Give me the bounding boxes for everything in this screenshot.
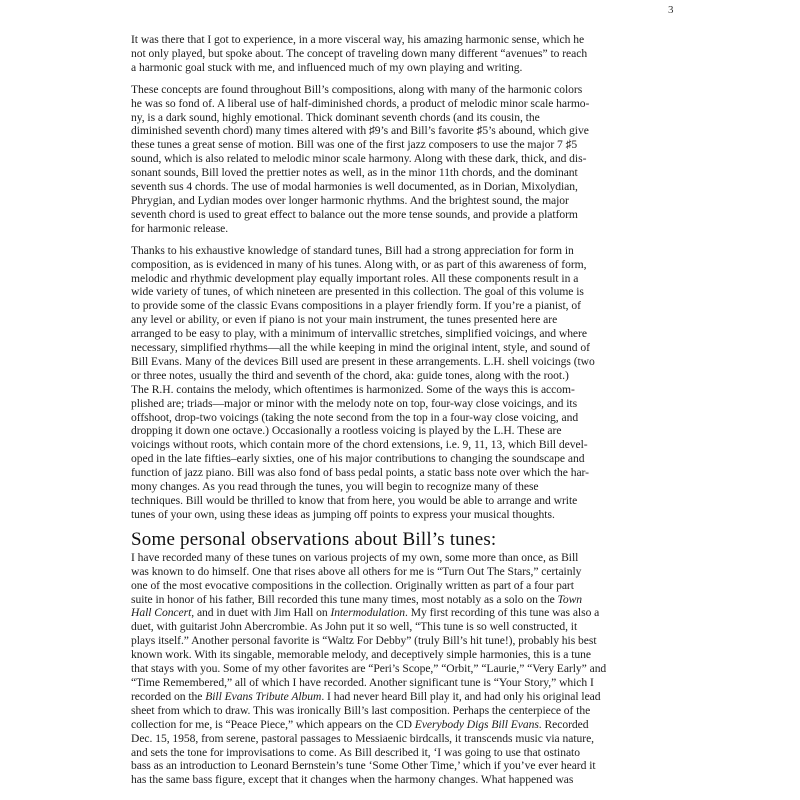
text-line: sonant sounds, Bill loved the prettier n…: [131, 166, 653, 180]
text-line: techniques. Bill would be thrilled to kn…: [131, 494, 653, 508]
text-line: “Time Remembered,” all of which I have r…: [131, 676, 653, 690]
text-line: diminished seventh chord) many times alt…: [131, 124, 653, 138]
text-line: wide variety of tunes, of which nineteen…: [131, 285, 653, 299]
text-line: mony changes. As you read through the tu…: [131, 480, 653, 494]
text-line: oped in the late fifties–early sixties, …: [131, 452, 653, 466]
text-line: offshoot, drop-two voicings (taking the …: [131, 411, 653, 425]
text-line: collection for me, is “Peace Piece,” whi…: [131, 718, 653, 732]
text-line: voicings without roots, which contain mo…: [131, 438, 653, 452]
text-line: Hall Concert, and in duet with Jim Hall …: [131, 606, 653, 620]
paragraph-2: These concepts are found throughout Bill…: [131, 83, 653, 236]
text-line: these tunes a great sense of motion. Bil…: [131, 138, 653, 152]
text-line: sheet from which to draw. This was ironi…: [131, 704, 653, 718]
italic-title: Hall Concert: [131, 606, 191, 619]
paragraph-1: It was there that I got to experience, i…: [131, 33, 653, 75]
text-line: sound, which is also related to melodic …: [131, 152, 653, 166]
text-line: that stays with you. Some of my other fa…: [131, 662, 653, 676]
text-line: not only played, but spoke about. The co…: [131, 47, 653, 61]
text-line: known work. With its singable, memorable…: [131, 648, 653, 662]
text-line: It was there that I got to experience, i…: [131, 33, 653, 47]
text-line: seventh chord is used to great effect to…: [131, 208, 653, 222]
text-line: or three notes, usually the third and se…: [131, 369, 653, 383]
italic-title: Everybody Digs Bill Evans: [415, 718, 539, 731]
paragraph-3: Thanks to his exhaustive knowledge of st…: [131, 244, 653, 522]
text-line: dropping it down one octave.) Occasional…: [131, 424, 653, 438]
text-line: he was so fond of. A liberal use of half…: [131, 97, 653, 111]
document-page: 3 It was there that I got to experience,…: [0, 0, 800, 800]
text-line: one of the most evocative compositions i…: [131, 579, 653, 593]
text-line: plays itself.” Another personal favorite…: [131, 634, 653, 648]
text-line: melodic and rhythmic development play eq…: [131, 272, 653, 286]
text-line: for harmonic release.: [131, 222, 653, 236]
text-line: suite in honor of his father, Bill recor…: [131, 593, 653, 607]
text-line: bass as an introduction to Leonard Berns…: [131, 759, 653, 773]
italic-title: Town: [558, 593, 583, 606]
text-line: ny, is a dark sound, highly emotional. T…: [131, 111, 653, 125]
italic-title: Bill Evans Tribute Album: [205, 690, 321, 703]
text-line: arranged to be easy to play, with a mini…: [131, 327, 653, 341]
text-line: seventh sus 4 chords. The use of modal h…: [131, 180, 653, 194]
section-paragraph: I have recorded many of these tunes on v…: [131, 551, 653, 787]
page-number: 3: [668, 4, 674, 16]
text-line: function of jazz piano. Bill was also fo…: [131, 466, 653, 480]
text-line: Dec. 15, 1958, from serene, pastoral pas…: [131, 732, 653, 746]
text-line: a harmonic goal stuck with me, and influ…: [131, 61, 653, 75]
text-line: Bill Evans. Many of the devices Bill use…: [131, 355, 653, 369]
italic-title: Intermodulation: [330, 606, 405, 619]
text-line: any level or ability, or even if piano i…: [131, 313, 653, 327]
text-line: I have recorded many of these tunes on v…: [131, 551, 653, 565]
text-line: was known to do himself. One that rises …: [131, 565, 653, 579]
text-line: tunes of your own, using these ideas as …: [131, 508, 653, 522]
text-line: and sets the tone for improvisations to …: [131, 746, 653, 760]
text-line: The R.H. contains the melody, which ofte…: [131, 383, 653, 397]
text-line: to provide some of the classic Evans com…: [131, 299, 653, 313]
text-line: recorded on the Bill Evans Tribute Album…: [131, 690, 653, 704]
text-line: composition, as is evidenced in many of …: [131, 258, 653, 272]
text-line: Thanks to his exhaustive knowledge of st…: [131, 244, 653, 258]
text-line: Phrygian, and Lydian modes over longer h…: [131, 194, 653, 208]
text-line: These concepts are found throughout Bill…: [131, 83, 653, 97]
section-heading: Some personal observations about Bill’s …: [131, 530, 653, 550]
text-line: has the same bass figure, except that it…: [131, 773, 653, 787]
text-line: plished are; triads—major or minor with …: [131, 397, 653, 411]
text-line: duet, with guitarist John Abercrombie. A…: [131, 620, 653, 634]
body-text: It was there that I got to experience, i…: [131, 33, 653, 795]
text-line: necessary, simplified rhythms—all the wh…: [131, 341, 653, 355]
